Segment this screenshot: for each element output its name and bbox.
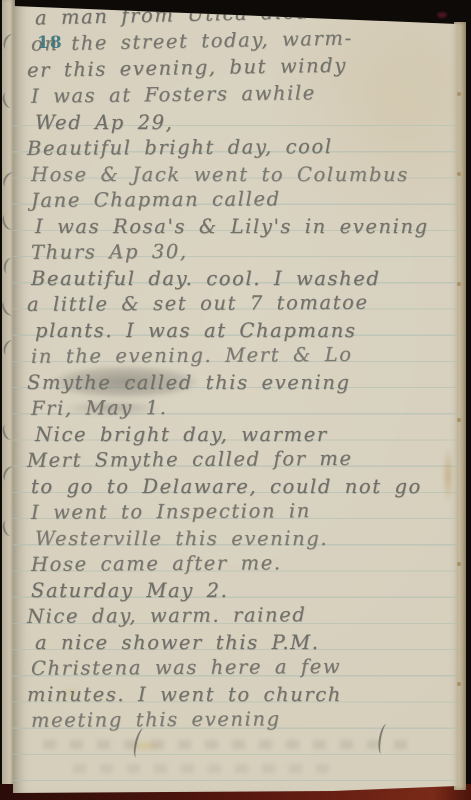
- handwriting-line: Westerville this evening.: [13, 526, 453, 552]
- handwriting-text: a man from Utica diedon the street today…: [13, 6, 453, 734]
- handwriting-line: a little & set out 7 tomatoe: [13, 289, 453, 318]
- handwriting-line: in the evening. Mert & Lo: [13, 341, 453, 370]
- handwriting-line: Thurs Ap 30,: [13, 237, 453, 266]
- ink-bleed-through: [73, 764, 337, 773]
- handwriting-line: I was at Fosters awhile: [13, 79, 453, 110]
- book-scan: a man from Utica diedon the street today…: [0, 0, 471, 800]
- handwriting-line: Wed Ap 29,: [13, 110, 453, 136]
- handwriting-line: Hose came after me.: [13, 549, 453, 578]
- handwriting-line: Fri, May 1.: [13, 393, 453, 422]
- handwriting-line: Smythe called this evening: [13, 370, 453, 396]
- handwriting-line: Hose & Jack went to Columbus: [13, 162, 453, 188]
- handwriting-line: Jane Chapman called: [13, 185, 453, 214]
- foxing-dot: [457, 418, 461, 422]
- handwriting-line: Saturday May 2.: [13, 578, 453, 604]
- handwriting-line: Beautiful day. cool. I washed: [13, 266, 453, 292]
- handwriting-line: I went to Inspection in: [13, 497, 453, 526]
- handwriting-line: Christena was here a few: [13, 653, 453, 682]
- foxing-dot: [457, 282, 461, 286]
- handwriting-line: Nice bright day, warmer: [13, 422, 453, 448]
- diary-page: a man from Utica diedon the street today…: [13, 0, 457, 796]
- handwriting-line: meeting this evening: [13, 705, 453, 734]
- handwriting-line: minutes. I went to church: [13, 682, 453, 708]
- foxing-dot: [457, 682, 461, 686]
- handwriting-line: plants. I was at Chapmans: [13, 318, 453, 344]
- foxing-dot: [457, 172, 461, 176]
- handwriting-line: Beautiful bright day, cool: [13, 133, 453, 162]
- handwriting-line: I was Rosa's & Lily's in evening: [13, 214, 453, 240]
- ink-bleed-through: [43, 740, 417, 749]
- handwriting-line: Mert Smythe called for me: [13, 445, 453, 474]
- foxing-dot: [457, 562, 461, 566]
- handwriting-line: Nice day, warm. rained: [13, 601, 453, 630]
- foxing-dot: [457, 92, 461, 96]
- handwriting-line: to go to Delaware, could not go: [13, 474, 453, 500]
- cover-corner-speck: [437, 12, 447, 18]
- page-number-stamp: 18: [37, 33, 63, 53]
- handwriting-line: a nice shower this P.M.: [13, 630, 453, 656]
